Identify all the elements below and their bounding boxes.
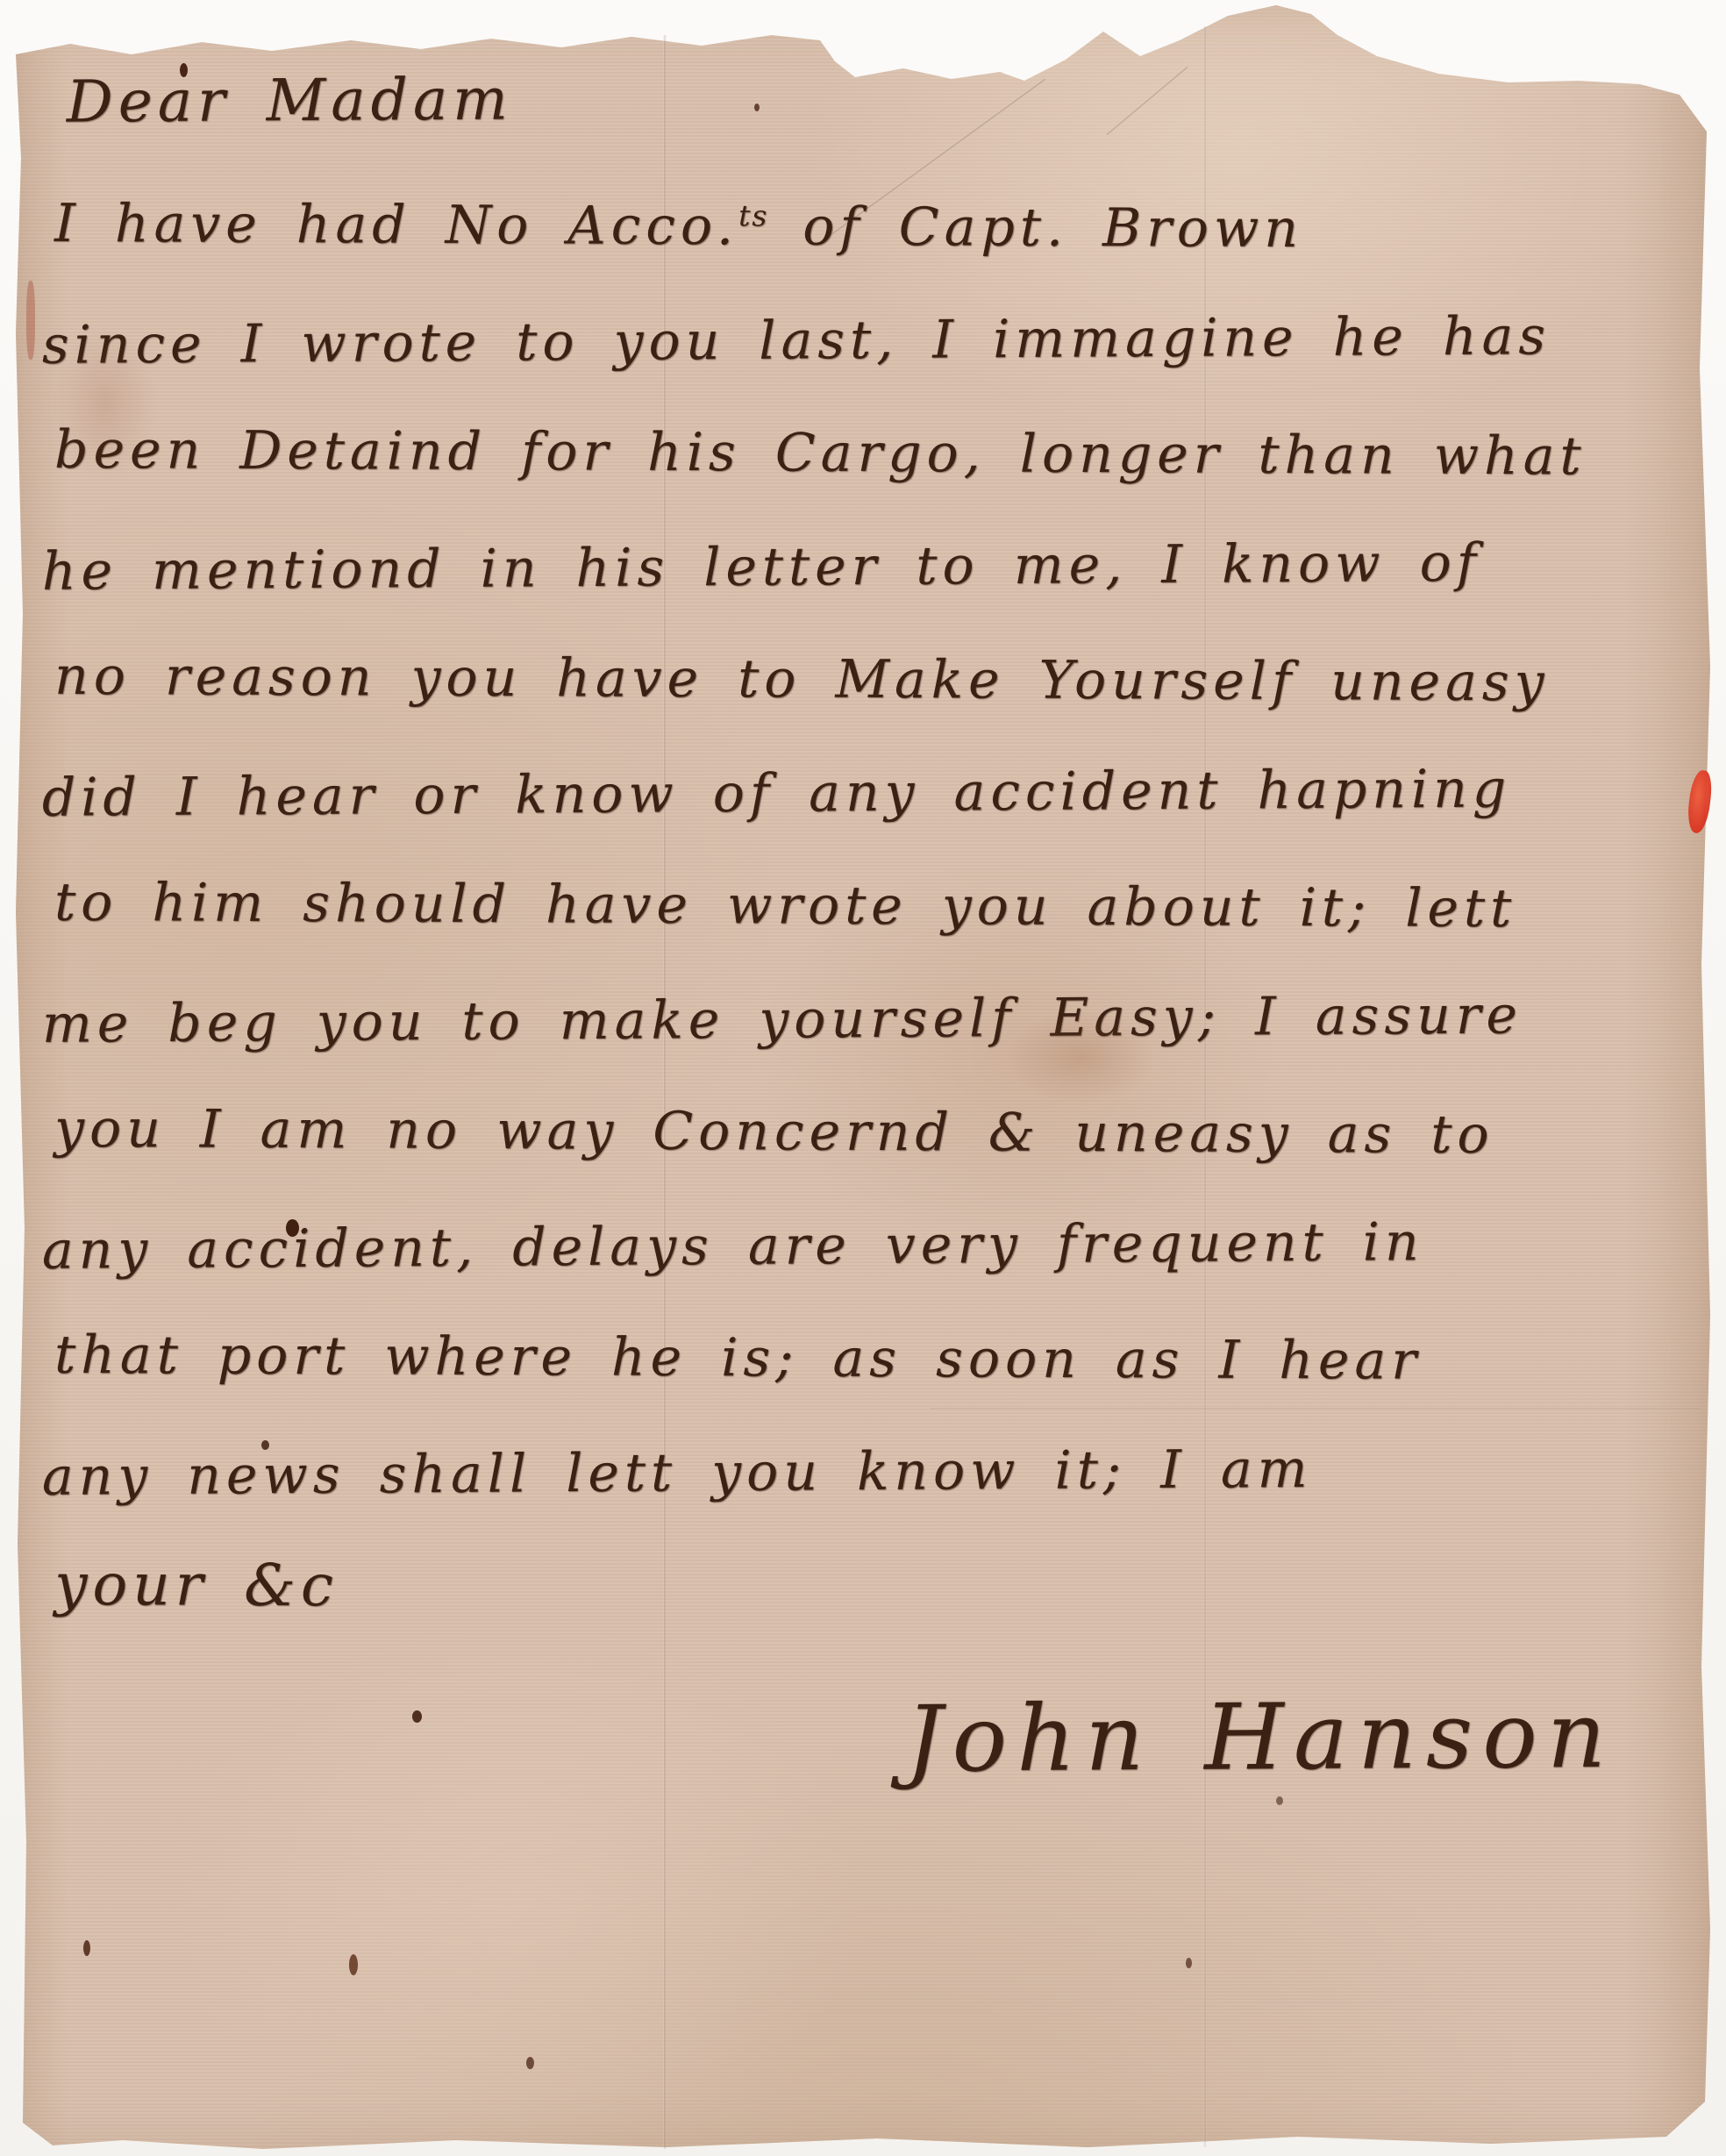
letter-line: he mentiond in his letter to me, I know … xyxy=(42,531,1715,654)
letter-line: to him should have wrote you about it; l… xyxy=(42,872,1715,992)
letter-line: any accident, delays are very frequent i… xyxy=(42,1210,1715,1333)
letter-line: been Detaind for his Cargo, longer than … xyxy=(42,419,1715,539)
letter-line: any news shall lett you know it; I am xyxy=(42,1436,1715,1560)
line2-post: of Capt. Brown xyxy=(768,196,1303,260)
letter-line: you I am no way Concernd & uneasy as to xyxy=(42,1098,1715,1218)
letter-scan: Dear Madam I have had No Acco.ts of Capt… xyxy=(0,0,1726,2156)
letter-line: that port where he is; as soon as I hear xyxy=(42,1324,1715,1445)
letter-line: I have had No Acco.ts of Capt. Brown xyxy=(42,193,1715,313)
line2-superscript: ts xyxy=(738,198,768,232)
line2-pre: I have had No Acco. xyxy=(54,193,738,257)
closing-line: your &c xyxy=(42,1551,1715,1689)
letter-line: me beg you to make yourself Easy; I assu… xyxy=(42,983,1715,1107)
letter-line: did I hear or know of any accident hapni… xyxy=(42,757,1715,881)
handwritten-letter: Dear Madam I have had No Acco.ts of Capt… xyxy=(42,63,1714,1844)
letter-line: no reason you have to Make Yourself unea… xyxy=(42,646,1715,766)
salutation-line: Dear Madam xyxy=(42,58,1715,202)
signature: John Hanson xyxy=(41,1681,1714,1849)
letter-line: since I wrote to you last, I immagine he… xyxy=(42,304,1715,428)
